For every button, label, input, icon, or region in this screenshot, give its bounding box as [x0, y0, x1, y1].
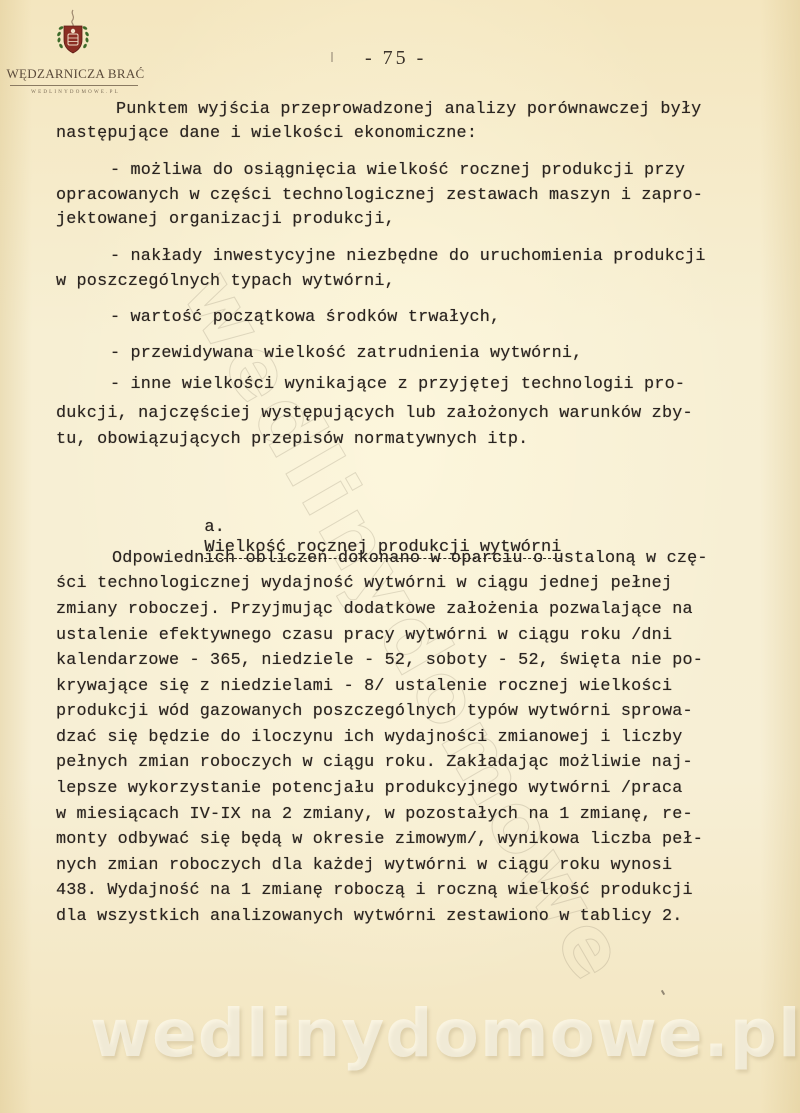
body-line-8: dzać się będzie do iloczynu ich wydajnoś… [56, 728, 683, 748]
site-logo: WĘDZARNICZA BRAĆ WEDLINYDOMOWE.PL [0, 8, 145, 95]
list-item-1-line-1: - możliwa do osiągnięcia wielkość roczne… [110, 161, 685, 181]
list-item-1-line-2: opracowanych w części technologicznej ze… [56, 186, 703, 206]
list-item-4: - przewidywana wielkość zatrudnienia wyt… [110, 344, 582, 364]
body-line-1: Odpowiednich obliczeń dokonano w oparciu… [112, 549, 708, 569]
logo-name: WĘDZARNICZA BRAĆ [0, 66, 145, 82]
body-line-10: lepsze wykorzystanie potencjału produkcy… [56, 779, 683, 799]
paragraph-intro-line-2: następujące dane i wielkości ekonomiczne… [56, 124, 477, 144]
list-item-3: - wartość początkowa środków trwałych, [110, 308, 500, 328]
smokehouse-crest-icon [53, 8, 93, 58]
body-line-4: ustalenie efektywnego czasu pracy wytwór… [56, 626, 672, 646]
list-item-5-line-1: - inne wielkości wynikające z przyjętej … [110, 375, 685, 395]
paper-speck [661, 990, 665, 995]
body-line-12: monty odbywać się będą w okresie zimowym… [56, 830, 703, 850]
paragraph-intro-line-1: Punktem wyjścia przeprowadzonej analizy … [116, 100, 701, 120]
body-line-15: dla wszystkich analizowanych wytwórni ze… [56, 907, 683, 927]
list-item-5-line-3: tu, obowiązujących przepisów normatywnyc… [56, 430, 528, 450]
page-number: - 75 - [365, 47, 426, 70]
body-line-6: krywające się z niedzielami - 8/ ustalen… [56, 677, 672, 697]
body-line-3: zmiany roboczej. Przyjmując dodatkowe za… [56, 600, 693, 620]
logo-url: WEDLINYDOMOWE.PL [0, 90, 145, 95]
section-marker: a. [204, 518, 224, 537]
body-line-11: w miesiącach IV-IX na 2 zmiany, w pozost… [56, 805, 693, 825]
body-line-2: ści technologicznej wydajność wytwórni w… [56, 574, 672, 594]
body-line-7: produkcji wód gazowanych poszczególnych … [56, 702, 693, 722]
logo-divider [10, 85, 138, 86]
body-line-14: 438. Wydajność na 1 zmianę roboczą i roc… [56, 881, 693, 901]
stray-mark [331, 52, 333, 62]
body-line-9: pełnych zmian roboczych w ciągu roku. Za… [56, 753, 693, 773]
body-line-5: kalendarzowe - 365, niedziele - 52, sobo… [56, 651, 703, 671]
list-item-1-line-3: jektowanej organizacji produkcji, [56, 210, 395, 230]
list-item-2-line-1: - nakłady inwestycyjne niezbędne do uruc… [110, 247, 706, 267]
list-item-5-line-2: dukcji, najczęściej występujących lub za… [56, 404, 693, 424]
list-item-2-line-2: w poszczególnych typach wytwórni, [56, 272, 395, 292]
bottom-watermark: wedlinydomowe.pl [90, 995, 800, 1072]
body-line-13: nych zmian roboczych dla każdej wytwórni… [56, 856, 672, 876]
